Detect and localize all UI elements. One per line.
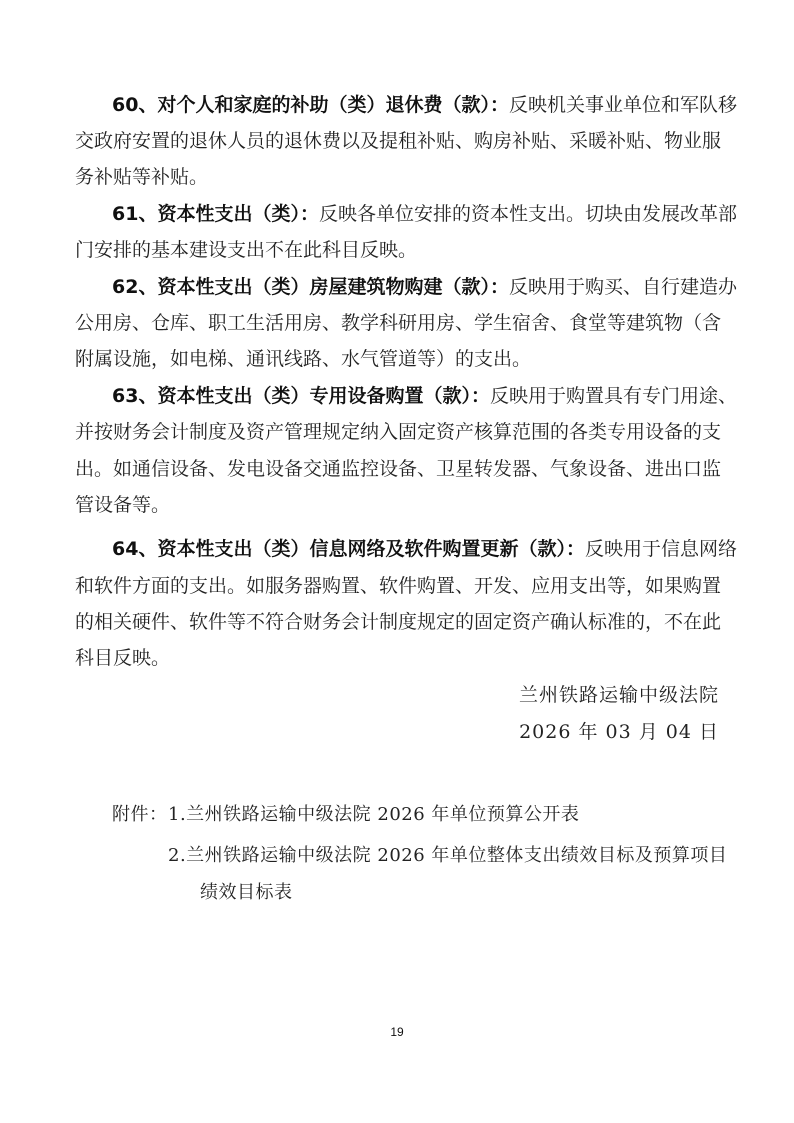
section-63-line-2: 并按财务会计制度及资产管理规定纳入固定资产核算范围的各类专用设备的支 xyxy=(75,414,719,450)
section-63-line-3: 出。如通信设备、发电设备交通监控设备、卫星转发器、气象设备、进出口监 xyxy=(75,451,719,487)
section-63-line-4: 管设备等。 xyxy=(75,487,719,523)
section-64-line-2: 和软件方面的支出。如服务器购置、软件购置、开发、应用支出等，如果购置 xyxy=(75,568,719,604)
section-heading: 62、资本性支出（类）房屋建筑物购建（款）： xyxy=(112,276,509,298)
section-text: 反映各单位安排的资本性支出。切块由发展改革部 xyxy=(319,203,737,225)
section-text: 反映机关事业单位和军队移 xyxy=(509,94,737,116)
section-62-line-2: 公用房、仓库、职工生活用房、教学科研用房、学生宿舍、食堂等建筑物（含 xyxy=(75,305,719,341)
document-page: 60、对个人和家庭的补助（类）退休费（款）：反映机关事业单位和军队移 交政府安置… xyxy=(0,0,794,1123)
section-heading: 61、资本性支出（类）： xyxy=(112,203,319,225)
attachment-item-2: 2.兰州铁路运输中级法院 2026 年单位整体支出绩效目标及预算项目 xyxy=(168,838,727,874)
section-62-line-3: 附属设施，如电梯、通讯线路、水气管道等）的支出。 xyxy=(75,341,719,377)
section-60-line-1: 60、对个人和家庭的补助（类）退休费（款）：反映机关事业单位和军队移 xyxy=(112,87,719,123)
section-64-line-3: 的相关硬件、软件等不符合财务会计制度规定的固定资产确认标准的，不在此 xyxy=(75,604,719,640)
signature-organization: 兰州铁路运输中级法院 xyxy=(519,677,719,713)
section-60-line-3: 务补贴等补贴。 xyxy=(75,159,719,195)
section-heading: 60、对个人和家庭的补助（类）退休费（款）： xyxy=(112,94,509,116)
section-text: 反映用于购买、自行建造办 xyxy=(509,276,737,298)
section-heading: 63、资本性支出（类）专用设备购置（款）： xyxy=(112,385,490,407)
section-60-line-2: 交政府安置的退休人员的退休费以及提租补贴、购房补贴、采暖补贴、物业服 xyxy=(75,123,719,159)
section-61-line-2: 门安排的基本建设支出不在此科目反映。 xyxy=(75,232,719,268)
section-text: 反映用于信息网络 xyxy=(585,538,737,560)
section-64-line-4: 科目反映。 xyxy=(75,640,719,676)
section-heading: 64、资本性支出（类）信息网络及软件购置更新（款）： xyxy=(112,538,585,560)
signature-date: 2026 年 03 月 04 日 xyxy=(519,714,719,750)
attachments-label: 附件： xyxy=(112,797,168,833)
attachment-item-2-continued: 绩效目标表 xyxy=(200,875,293,911)
attachment-item-1: 1.兰州铁路运输中级法院 2026 年单位预算公开表 xyxy=(168,797,579,833)
section-61-line-1: 61、资本性支出（类）：反映各单位安排的资本性支出。切块由发展改革部 xyxy=(112,196,719,232)
section-text: 反映用于购置具有专门用途、 xyxy=(490,385,737,407)
section-62-line-1: 62、资本性支出（类）房屋建筑物购建（款）：反映用于购买、自行建造办 xyxy=(112,269,719,305)
section-64-line-1: 64、资本性支出（类）信息网络及软件购置更新（款）：反映用于信息网络 xyxy=(112,531,719,567)
section-63-line-1: 63、资本性支出（类）专用设备购置（款）：反映用于购置具有专门用途、 xyxy=(112,378,719,414)
page-number: 19 xyxy=(0,1025,794,1039)
